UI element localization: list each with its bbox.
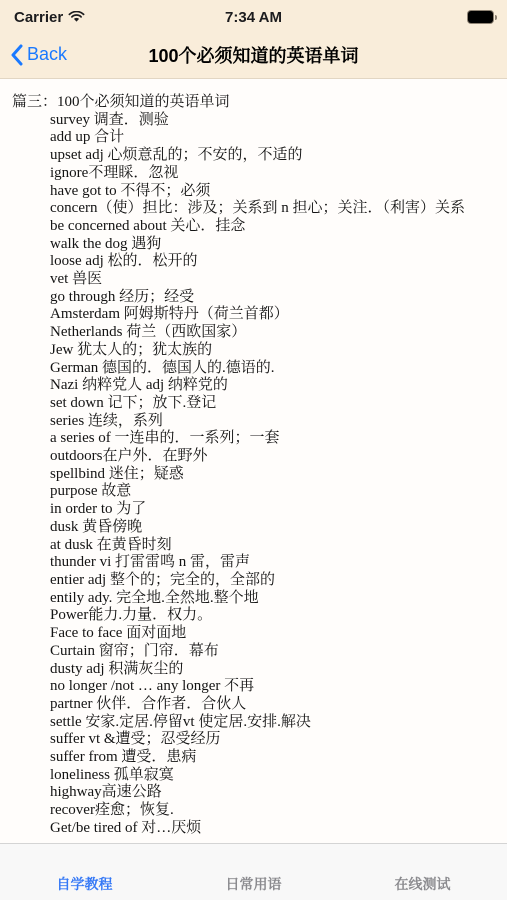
vocab-line: Get/be tired of 对…厌烦 bbox=[12, 820, 507, 838]
vocab-line: Face to face 面对面地 bbox=[12, 625, 507, 643]
vocab-line: partner 伙伴．合作者．合伙人 bbox=[12, 696, 507, 714]
vocab-line: suffer vt &遭受；忍受经历 bbox=[12, 731, 507, 749]
vocab-line: set down 记下；放下.登记 bbox=[12, 395, 507, 413]
vocab-line: in order to 为了 bbox=[12, 501, 507, 519]
vocab-line: outdoors在户外．在野外 bbox=[12, 448, 507, 466]
vocab-line: a series of 一连串的．一系列；一套 bbox=[12, 430, 507, 448]
vocab-line: highway高速公路 bbox=[12, 784, 507, 802]
nav-bar: Back 100个必须知道的英语单词 bbox=[0, 30, 507, 79]
back-button-label: Back bbox=[27, 44, 67, 65]
vocab-line: walk the dog 遇狗 bbox=[12, 236, 507, 254]
vocab-line: survey 调查．测验 bbox=[12, 112, 507, 130]
wifi-icon bbox=[68, 11, 85, 23]
status-time: 7:34 AM bbox=[225, 9, 282, 26]
vocab-line: spellbind 迷住；疑惑 bbox=[12, 466, 507, 484]
vocab-line: thunder vi 打雷雷鸣 n 雷，雷声 bbox=[12, 554, 507, 572]
vocab-line: German 德国的．德国人的.德语的. bbox=[12, 360, 507, 378]
vocab-line: Amsterdam 阿姆斯特丹（荷兰首都） bbox=[12, 306, 507, 324]
vocab-line: suffer from 遭受．患病 bbox=[12, 749, 507, 767]
vocab-line: ignore不理睬．忽视 bbox=[12, 165, 507, 183]
vocab-line: go through 经历；经受 bbox=[12, 289, 507, 307]
vocab-line: dusk 黄昏傍晚 bbox=[12, 519, 507, 537]
vocab-line: be concerned about 关心．挂念 bbox=[12, 218, 507, 236]
tab-self-study[interactable]: 自学教程 bbox=[0, 844, 169, 900]
vocab-line: entily ady. 完全地.全然地.整个地 bbox=[12, 590, 507, 608]
back-chevron-icon bbox=[10, 44, 23, 66]
tab-label: 自学教程 bbox=[57, 874, 113, 894]
carrier-label: Carrier bbox=[14, 9, 63, 26]
vocab-line: Curtain 窗帘；门帘．幕布 bbox=[12, 643, 507, 661]
vocab-line: entier adj 整个的；完全的，全部的 bbox=[12, 572, 507, 590]
status-bar: Carrier 7:34 AM bbox=[0, 0, 507, 30]
vocab-heading: 篇三：100个必须知道的英语单词 bbox=[12, 94, 507, 112]
vocab-line: recover痊愈；恢复. bbox=[12, 802, 507, 820]
battery-icon bbox=[468, 11, 493, 23]
vocab-content[interactable]: 篇三：100个必须知道的英语单词 survey 调查．测验add up 合计up… bbox=[0, 79, 507, 843]
tab-daily-phrases[interactable]: 日常用语 bbox=[169, 844, 338, 900]
header: Carrier 7:34 AM Back 100个必须知道的英语单词 bbox=[0, 0, 507, 79]
vocab-line: concern（使）担比：涉及；关系到 n 担心；关注．（利害）关系 bbox=[12, 200, 507, 218]
page-title: 100个必须知道的英语单词 bbox=[0, 42, 507, 68]
vocab-list: survey 调查．测验add up 合计upset adj 心烦意乱的；不安的… bbox=[12, 112, 507, 838]
vocab-line: add up 合计 bbox=[12, 129, 507, 147]
tab-online-test[interactable]: 在线测试 bbox=[338, 844, 507, 900]
back-button[interactable]: Back bbox=[10, 30, 67, 79]
vocab-line: at dusk 在黄昏时刻 bbox=[12, 537, 507, 555]
vocab-line: Power能力.力量．权力。 bbox=[12, 607, 507, 625]
vocab-line: no longer /not … any longer 不再 bbox=[12, 678, 507, 696]
vocab-line: vet 兽医 bbox=[12, 271, 507, 289]
vocab-line: Jew 犹太人的；犹太族的 bbox=[12, 342, 507, 360]
tab-bar: 自学教程 日常用语 在线测试 bbox=[0, 843, 507, 900]
tab-label: 在线测试 bbox=[395, 874, 451, 894]
vocab-line: Netherlands 荷兰（西欧国家） bbox=[12, 324, 507, 342]
vocab-line: loneliness 孤单寂寞 bbox=[12, 767, 507, 785]
vocab-line: dusty adj 积满灰尘的 bbox=[12, 661, 507, 679]
tab-label: 日常用语 bbox=[226, 874, 282, 894]
vocab-line: have got to 不得不；必须 bbox=[12, 183, 507, 201]
vocab-line: upset adj 心烦意乱的；不安的，不适的 bbox=[12, 147, 507, 165]
vocab-line: series 连续，系列 bbox=[12, 413, 507, 431]
vocab-line: Nazi 纳粹党人 adj 纳粹党的 bbox=[12, 377, 507, 395]
vocab-line: purpose 故意 bbox=[12, 483, 507, 501]
vocab-line: settle 安家.定居.停留vt 使定居.安排.解决 bbox=[12, 714, 507, 732]
vocab-line: loose adj 松的．松开的 bbox=[12, 253, 507, 271]
